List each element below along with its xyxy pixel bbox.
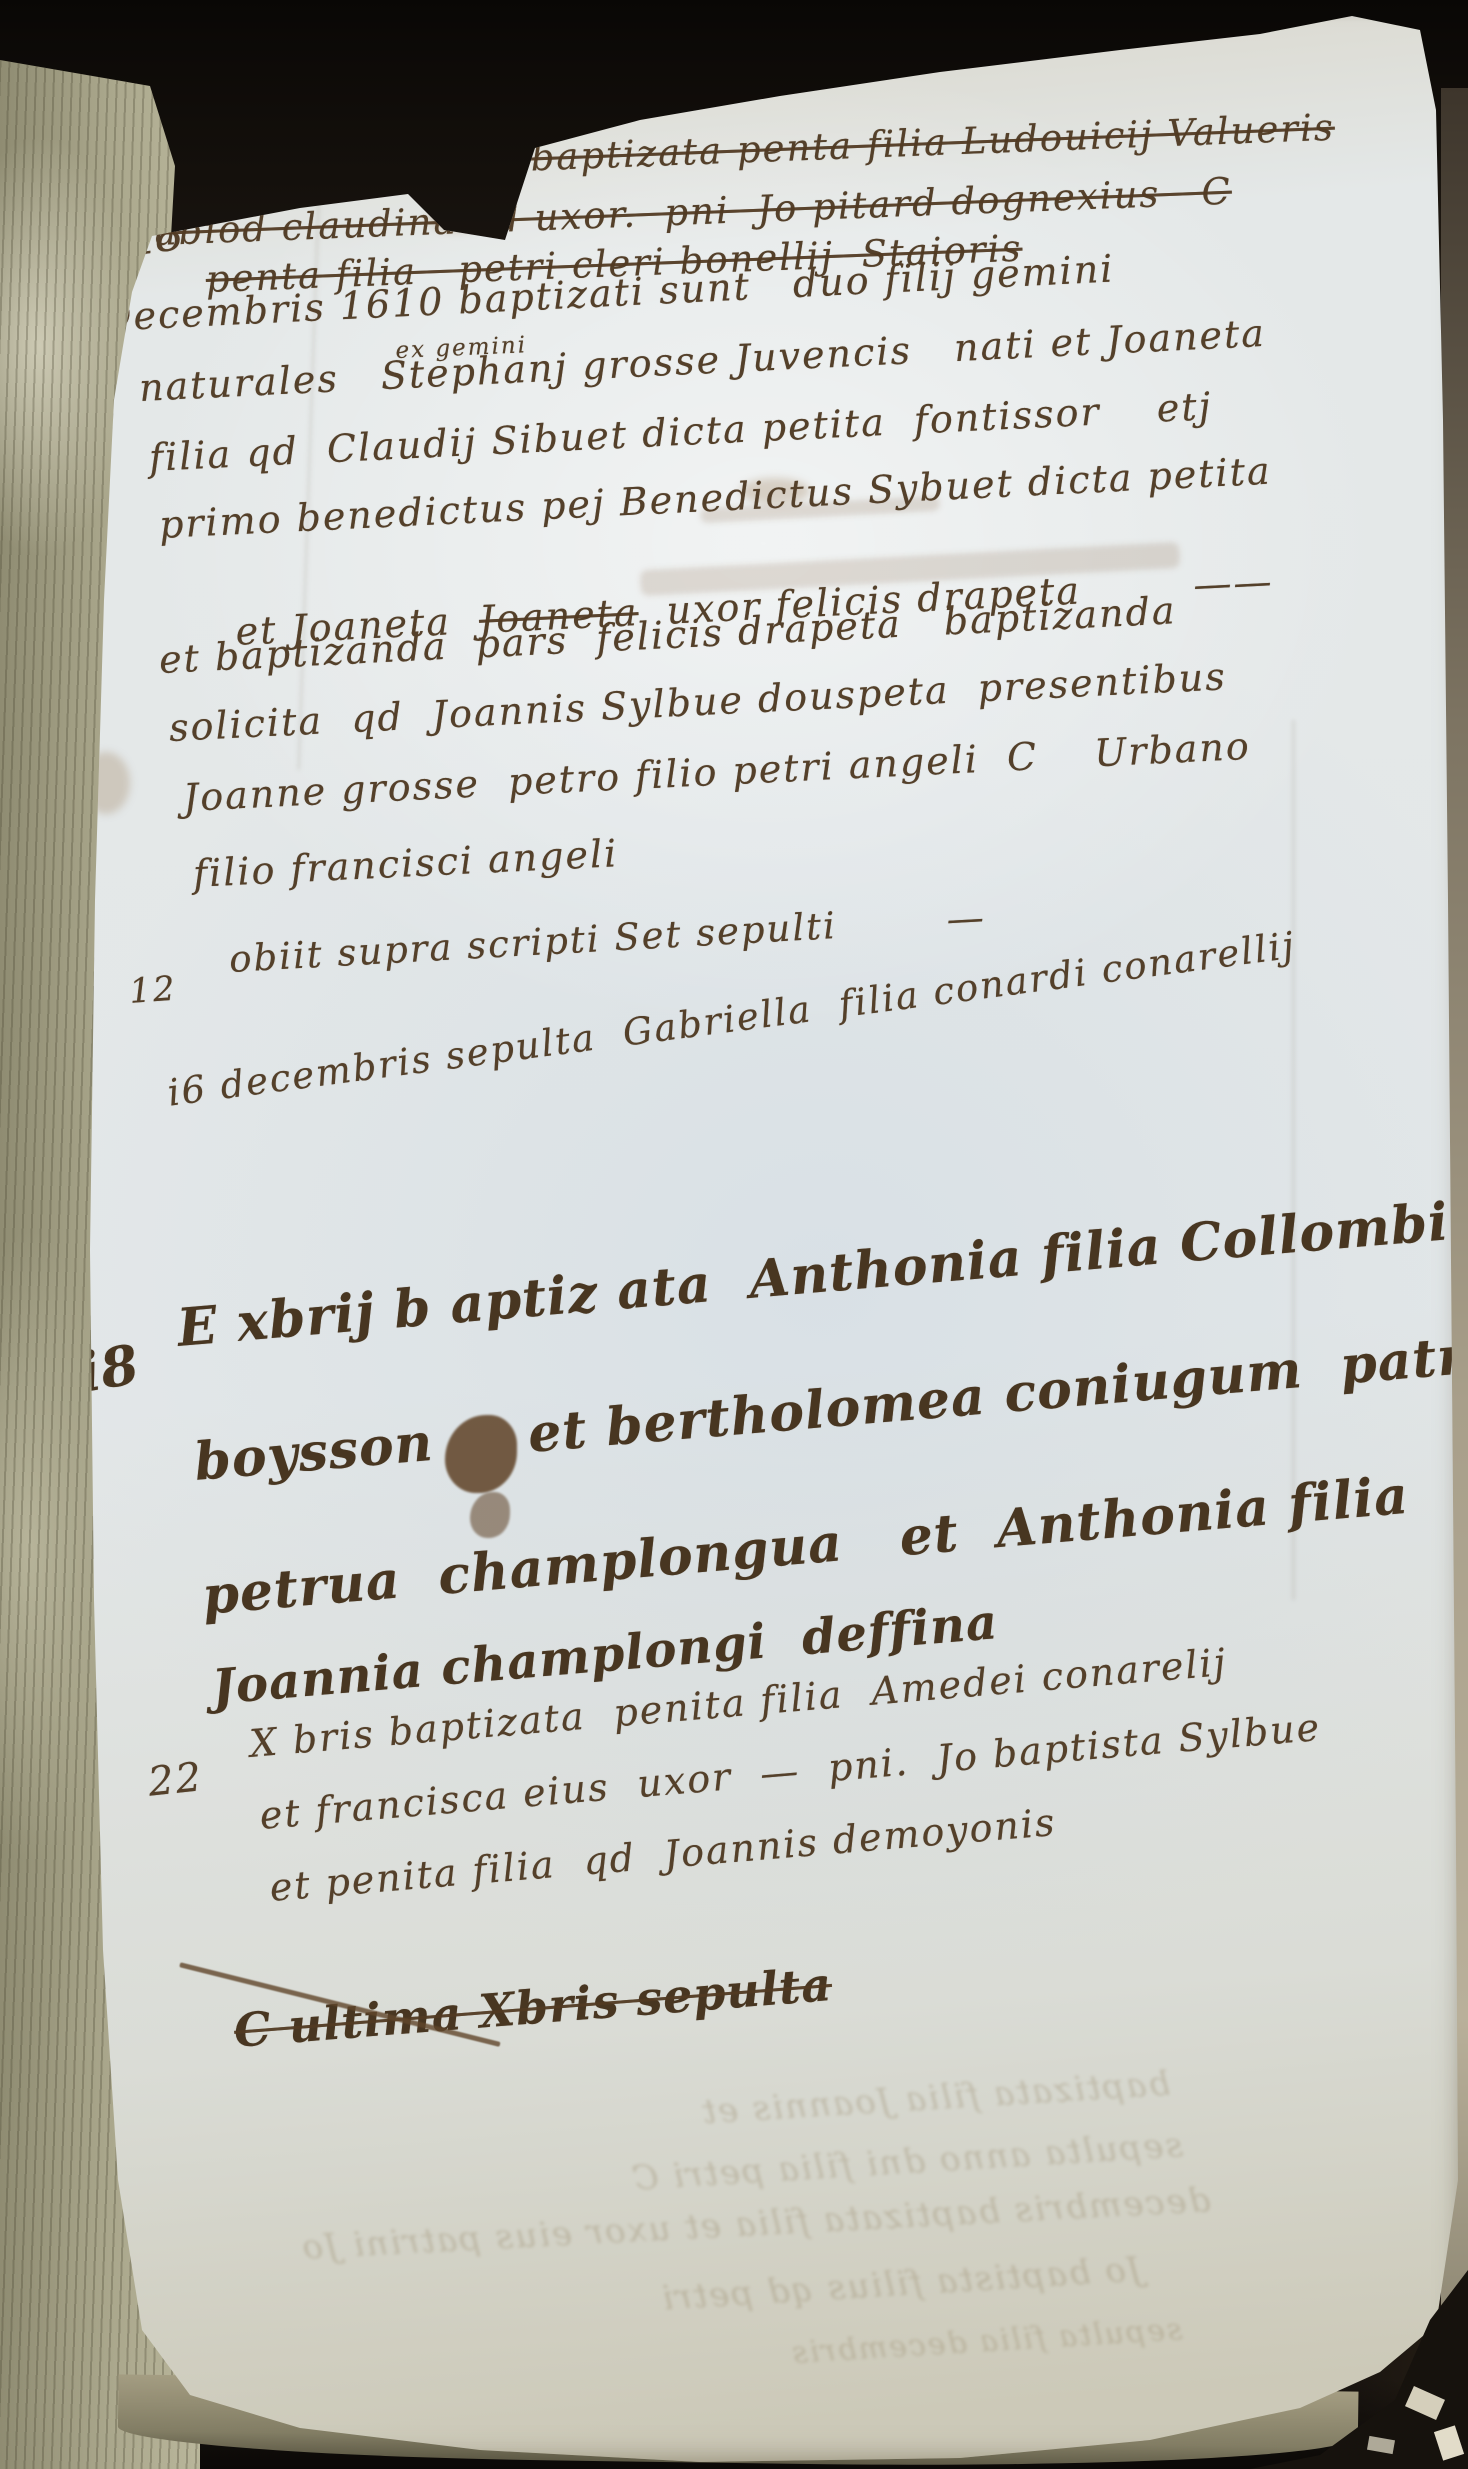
verso-showthrough-line: baptizata filia Joannis et	[699, 2064, 1171, 2133]
entry-6-day-number: 22	[146, 1754, 205, 1805]
entry-5-line-1: E xbrij b aptiz ata Anthonia filia Collo…	[175, 1191, 1451, 1359]
verso-showthrough-line: Jo baptista filius qd petri	[659, 2249, 1142, 2318]
entry-3-day-number: 12	[128, 969, 178, 1012]
manuscript-photo: baptizata filia Joannis et sepulta anno …	[0, 0, 1468, 2469]
entry-7-line-1: C ultima Xbris sepulta	[232, 1957, 834, 2058]
entry-3-line-1: obiit supra scripti Set sepulti —	[228, 896, 987, 981]
verso-showthrough-line: sepulta filia decembris	[789, 2312, 1183, 2371]
entry-5-line-3: petrua champlongua et Anthonia filia	[200, 1465, 1411, 1627]
entry-2-line-9: filio francisci angeli	[192, 831, 619, 896]
manuscript-page: baptizata filia Joannis et sepulta anno …	[0, 0, 1468, 2469]
ink-blot	[470, 1492, 510, 1538]
page-crease	[1292, 720, 1295, 1600]
entry-5-line-2: boysson et bertholomea coniugum patrini	[192, 1319, 1468, 1493]
